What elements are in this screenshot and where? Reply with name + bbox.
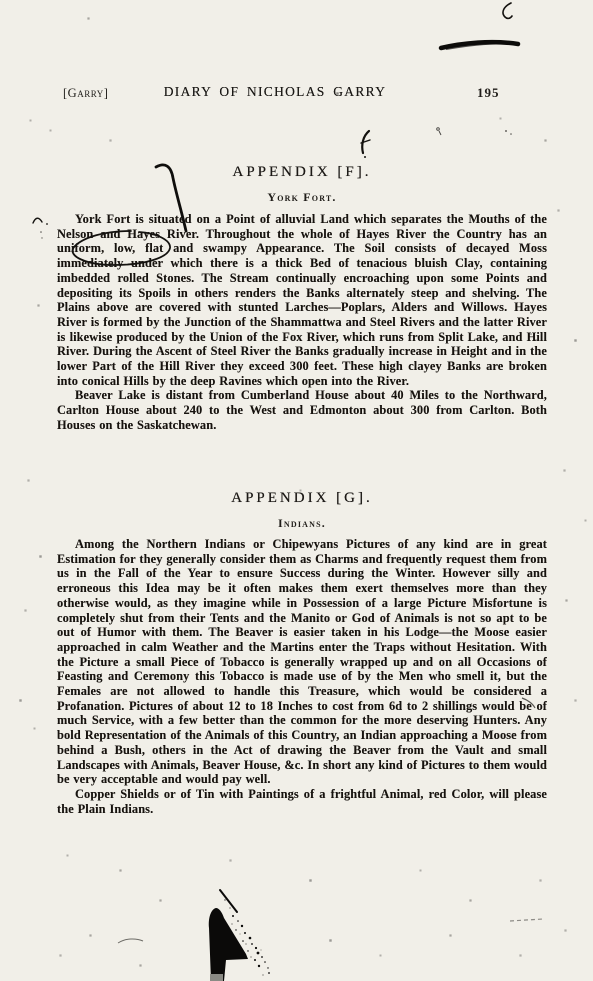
caret-margin-mark — [33, 218, 48, 238]
small-f-ink-mark — [361, 131, 370, 158]
paragraph-beaver-lake: Beaver Lake is distant from Cumberland H… — [57, 388, 547, 432]
page-number: 195 — [477, 85, 500, 101]
paper-dust-speckles — [0, 0, 1, 1]
paragraph-copper-shields: Copper Shields or of Tin with Paintings … — [57, 787, 547, 816]
appendix-g-heading: APPENDIX [G]. — [57, 490, 547, 507]
spray-speckles-mark — [224, 899, 270, 975]
appendix-f-body: York Fort is situated on a Point of allu… — [57, 212, 547, 433]
paragraph-indians-pictures: Among the Northern Indians or Chipewyans… — [57, 537, 547, 787]
faint-dashes-mark — [510, 919, 543, 921]
corner-squiggle-mark — [503, 3, 512, 18]
running-head-author: [Garry] — [63, 86, 108, 101]
appendix-g-subheading: Indians. — [57, 516, 547, 531]
running-head-title: DIARY OF NICHOLAS GARRY — [140, 84, 410, 100]
appendix-f-heading: APPENDIX [F]. — [57, 164, 547, 181]
ink-blot-mark — [209, 890, 248, 981]
appendix-f-subheading: York Fort. — [57, 190, 547, 205]
appendix-g-body: Among the Northern Indians or Chipewyans… — [57, 537, 547, 816]
paragraph-york-fort: York Fort is situated on a Point of allu… — [57, 212, 547, 388]
heavy-pen-dash-mark — [441, 42, 518, 49]
scanned-book-page: [Garry] DIARY OF NICHOLAS GARRY 195 APPE… — [0, 0, 593, 981]
